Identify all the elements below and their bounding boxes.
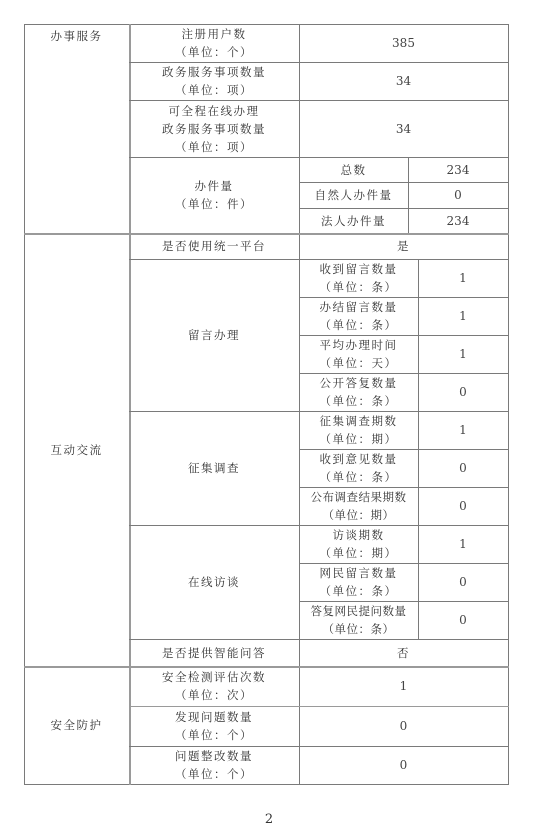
value-text: 否 (397, 644, 410, 662)
item-label: 答复网民提问数量（单位：条） (299, 601, 418, 639)
value-smart-qa: 否 (299, 639, 508, 666)
row-divider (129, 411, 509, 412)
value-text: 0 (459, 497, 467, 515)
label-unit: （单位：条） (320, 392, 398, 410)
label-line: 办结留言数量 (320, 298, 398, 316)
section-title-text: 互动交流 (51, 441, 103, 459)
label-line: 法人办件量 (321, 212, 386, 230)
label-line: 注册用户数 (182, 25, 247, 43)
label-unit: （单位：期） (320, 544, 398, 562)
item-value: 1 (418, 525, 508, 563)
row-divider (299, 297, 509, 298)
label-line: 办件量 (195, 177, 234, 195)
row-label-issues-found: 发现问题数量（单位：个） (129, 706, 299, 746)
label-unit: （单位：条） (320, 582, 398, 600)
row-divider (299, 563, 509, 564)
item-value: 1 (418, 297, 508, 335)
section-title-interaction: 互动交流 (24, 233, 129, 666)
section-divider (24, 233, 509, 235)
value-text: 1 (400, 677, 408, 695)
label-line: 可全程在线办理 (169, 102, 260, 120)
label-line: 在线访谈 (188, 573, 240, 591)
row-divider (299, 487, 509, 488)
label-unit: （单位：条） (320, 316, 398, 334)
row-divider (129, 259, 509, 260)
value-text: 34 (396, 120, 411, 138)
row-label-online-service-items: 可全程在线办理 政务服务事项数量 （单位：项） (129, 100, 299, 157)
item-label: 办结留言数量（单位：条） (299, 297, 418, 335)
sub-value-legal-person: 234 (408, 208, 508, 233)
section-title-text: 安全防护 (51, 716, 103, 734)
label-line: 政务服务事项数量 (162, 120, 266, 138)
row-label-security-checks: 安全检测评估次数（单位：次） (129, 666, 299, 706)
row-divider (299, 373, 509, 374)
label-unit: （单位：项） (175, 81, 253, 99)
value-issues-fixed: 0 (299, 746, 508, 784)
value-unified-platform: 是 (299, 233, 508, 259)
value-text: 0 (459, 459, 467, 477)
label-line: 公布调查结果期数 (311, 488, 407, 506)
value-text: 是 (397, 237, 410, 255)
section-title-security: 安全防护 (24, 666, 129, 784)
label-unit: （单位：天） (320, 354, 398, 372)
value-text: 1 (459, 421, 467, 439)
sub-label-natural-person: 自然人办件量 (299, 182, 408, 208)
label-line: 网民留言数量 (320, 564, 398, 582)
label-line: 收到意见数量 (320, 450, 398, 468)
item-value: 1 (418, 259, 508, 297)
column-divider-1 (129, 24, 131, 785)
label-line: 政务服务事项数量 (162, 63, 266, 81)
label-unit: （单位：条） (320, 468, 398, 486)
label-unit: （单位：个） (175, 43, 253, 61)
label-line: 留言办理 (188, 326, 240, 344)
value-text: 0 (400, 717, 408, 735)
row-label-registered-users: 注册用户数 （单位：个） (129, 24, 299, 62)
row-label-smart-qa: 是否提供智能问答 (129, 639, 299, 666)
value-text: 0 (400, 756, 408, 774)
label-line: 访谈期数 (333, 526, 385, 544)
label-line: 答复网民提问数量 (311, 602, 407, 620)
value-text: 1 (459, 269, 467, 287)
label-unit: （单位：条） (320, 278, 398, 296)
value-security-checks: 1 (299, 666, 508, 706)
sub-value-natural-person: 0 (408, 182, 508, 208)
group-label-surveys: 征集调查 (129, 411, 299, 525)
label-unit: （单位：件） (175, 195, 253, 213)
value-text: 0 (454, 186, 462, 204)
item-label: 收到留言数量（单位：条） (299, 259, 418, 297)
item-label: 公开答复数量（单位：条） (299, 373, 418, 411)
item-label: 网民留言数量（单位：条） (299, 563, 418, 601)
row-divider (299, 601, 509, 602)
label-line: 自然人办件量 (315, 186, 393, 204)
sub-column-divider (418, 259, 419, 639)
item-label: 平均办理时间（单位：天） (299, 335, 418, 373)
label-unit: （单位：条） (323, 620, 395, 638)
value-text: 1 (459, 345, 467, 363)
row-divider (299, 208, 509, 209)
value-text: 234 (447, 212, 470, 230)
value-text: 0 (459, 383, 467, 401)
value-text: 0 (459, 611, 467, 629)
group-label-messages: 留言办理 (129, 259, 299, 411)
label-line: 发现问题数量 (175, 708, 253, 726)
value-service-items: 34 (299, 62, 508, 100)
section-divider (24, 666, 509, 668)
value-registered-users: 385 (299, 24, 508, 62)
sub-column-divider (408, 157, 409, 233)
item-value: 0 (418, 487, 508, 525)
label-unit: （单位：个） (175, 726, 253, 744)
label-line: 公开答复数量 (320, 374, 398, 392)
row-label-issues-fixed: 问题整改数量（单位：个） (129, 746, 299, 784)
item-value: 0 (418, 373, 508, 411)
value-text: 385 (392, 34, 415, 52)
row-divider (129, 639, 509, 640)
section-title-service: 办事服务 (24, 24, 129, 233)
label-line: 问题整改数量 (175, 747, 253, 765)
label-unit: （单位：期） (320, 430, 398, 448)
row-label-service-items: 政务服务事项数量 （单位：项） (129, 62, 299, 100)
page-number: 2 (0, 812, 538, 827)
value-text: 234 (447, 161, 470, 179)
item-value: 1 (418, 411, 508, 449)
sub-label-legal-person: 法人办件量 (299, 208, 408, 233)
label-line: 是否使用统一平台 (162, 237, 266, 255)
label-unit: （单位：期） (323, 506, 395, 524)
row-divider (129, 746, 509, 747)
sub-value-total: 234 (408, 157, 508, 182)
value-text: 1 (459, 307, 467, 325)
row-divider (299, 182, 509, 183)
group-label-interviews: 在线访谈 (129, 525, 299, 639)
item-value: 0 (418, 601, 508, 639)
label-unit: （单位：项） (175, 138, 253, 156)
item-value: 0 (418, 449, 508, 487)
item-label: 征集调查期数（单位：期） (299, 411, 418, 449)
row-label-unified-platform: 是否使用统一平台 (129, 233, 299, 259)
value-text: 1 (459, 535, 467, 553)
value-text: 34 (396, 72, 411, 90)
row-label-case-volume: 办件量 （单位：件） (129, 157, 299, 233)
item-label: 公布调查结果期数（单位：期） (299, 487, 418, 525)
label-unit: （单位：次） (175, 686, 253, 704)
row-divider (129, 525, 509, 526)
row-divider (129, 62, 509, 63)
item-value: 1 (418, 335, 508, 373)
item-value: 0 (418, 563, 508, 601)
label-line: 是否提供智能问答 (162, 644, 266, 662)
label-line: 平均办理时间 (320, 336, 398, 354)
value-online-service-items: 34 (299, 100, 508, 157)
label-line: 安全检测评估次数 (162, 668, 266, 686)
item-label: 收到意见数量（单位：条） (299, 449, 418, 487)
item-label: 访谈期数（单位：期） (299, 525, 418, 563)
table-border-bottom (24, 784, 509, 785)
sub-label-total: 总数 (299, 157, 408, 182)
label-line: 总数 (341, 161, 367, 179)
row-divider (299, 449, 509, 450)
section-title-text: 办事服务 (51, 27, 103, 45)
row-divider (129, 706, 509, 707)
table-border-top (24, 24, 509, 25)
label-line: 收到留言数量 (320, 260, 398, 278)
value-text: 0 (459, 573, 467, 591)
table-border-left (24, 24, 25, 785)
label-unit: （单位：个） (175, 765, 253, 783)
column-divider-2 (299, 24, 300, 785)
table-border-right (508, 24, 509, 785)
row-divider (129, 157, 509, 158)
report-page: 办事服务 注册用户数 （单位：个） 385 政务服务事项数量 （单位：项） 34… (0, 0, 538, 832)
value-issues-found: 0 (299, 706, 508, 746)
row-divider (129, 100, 509, 101)
label-line: 征集调查 (188, 459, 240, 477)
label-line: 征集调查期数 (320, 412, 398, 430)
row-divider (299, 335, 509, 336)
